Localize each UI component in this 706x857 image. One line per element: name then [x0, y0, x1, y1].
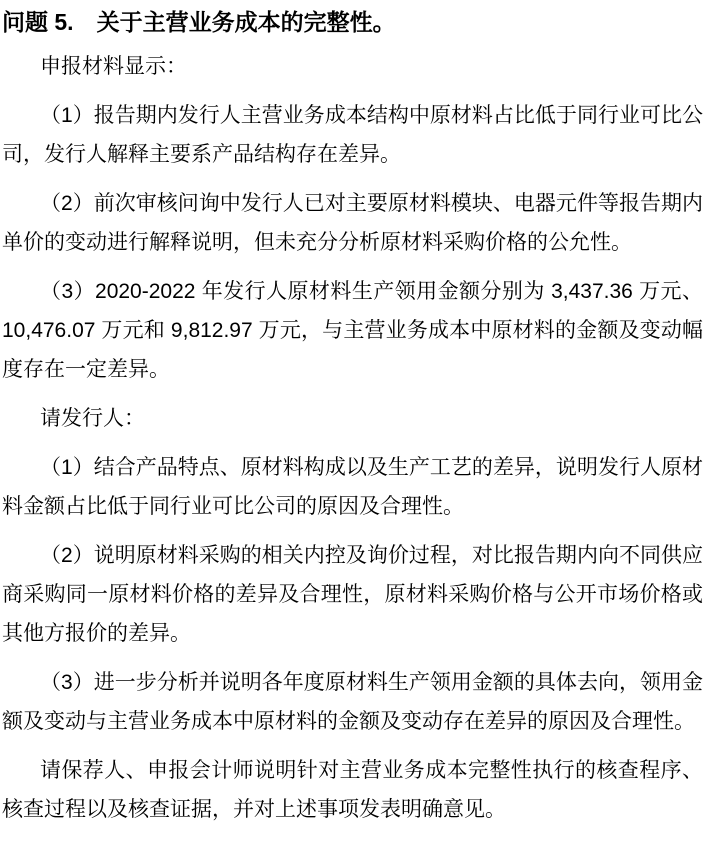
paragraph-disclosure-item-2: （2）前次审核问询中发行人已对主要原材料模块、电器元件等报告期内单价的变动进行解… [2, 184, 703, 262]
paragraph-request-item-3: （3）进一步分析并说明各年度原材料生产领用金额的具体去向，领用金额及变动与主营业… [2, 663, 703, 741]
paragraph-disclosure-item-1: （1）报告期内发行人主营业务成本结构中原材料占比低于同行业可比公司，发行人解释主… [2, 96, 703, 174]
paragraph-materials-intro: 申报材料显示： [2, 47, 703, 86]
paragraph-sponsor-accountant-request: 请保荐人、申报会计师说明针对主营业务成本完整性执行的核查程序、核查过程以及核查证… [2, 751, 703, 829]
document-page: 问题 5. 关于主营业务成本的完整性。 申报材料显示： （1）报告期内发行人主营… [0, 0, 706, 857]
question-title: 问题 5. 关于主营业务成本的完整性。 [2, 7, 703, 37]
paragraph-request-item-1: （1）结合产品特点、原材料构成以及生产工艺的差异，说明发行人原材料金额占比低于同… [2, 448, 703, 526]
paragraph-issuer-request-intro: 请发行人： [2, 399, 703, 438]
paragraph-disclosure-item-3: （3）2020-2022 年发行人原材料生产领用金额分别为 3,437.36 万… [2, 272, 703, 389]
paragraph-request-item-2: （2）说明原材料采购的相关内控及询价过程，对比报告期内向不同供应商采购同一原材料… [2, 536, 703, 653]
